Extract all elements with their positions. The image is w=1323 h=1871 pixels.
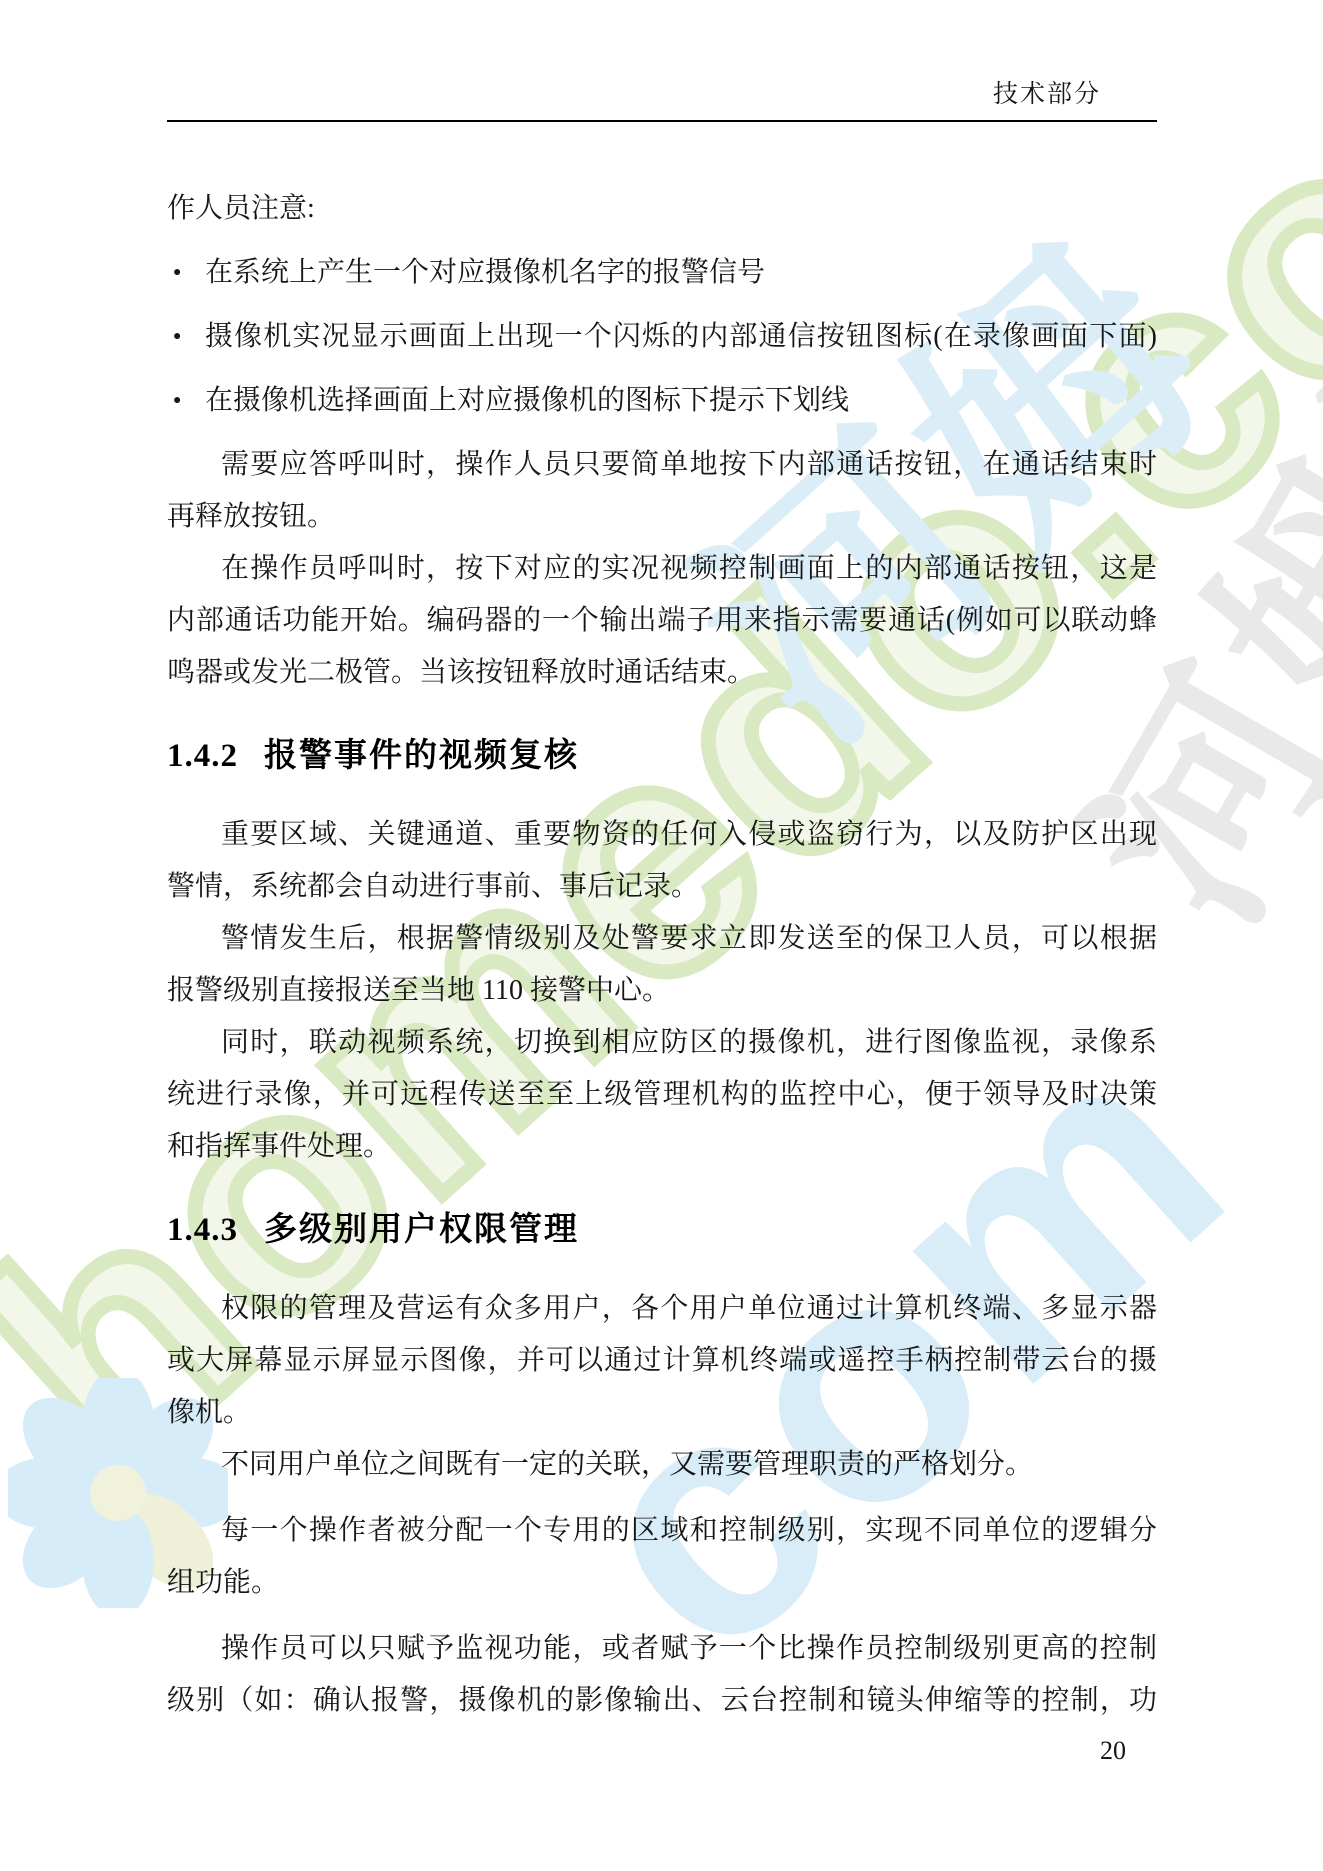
bullet-dot-icon: ●	[173, 375, 181, 427]
body-line: 权限的管理及营运有众多用户，各个用户单位通过计算机终端、多显示器	[167, 1283, 1157, 1335]
document-body: 作人员注意:●在系统上产生一个对应摄像机名字的报警信号●摄像机实况显示画面上出现…	[167, 183, 1157, 1727]
section-title: 多级别用户权限管理	[264, 1210, 579, 1247]
bullet-text: 在摄像机选择画面上对应摄像机的图标下提示下划线	[205, 385, 849, 416]
bullet-item: ●摄像机实况显示画面上出现一个闪烁的内部通信按钮图标(在录像画面下面)	[167, 311, 1157, 363]
section-number: 1.4.3	[167, 1212, 238, 1248]
body-line: 需要应答呼叫时，操作人员只要简单地按下内部通话按钮，在通话结束时	[167, 439, 1157, 491]
body-line: 不同用户单位之间既有一定的关联，又需要管理职责的严格划分。	[167, 1439, 1157, 1491]
body-line: 鸣器或发光二极管。当该按钮释放时通话结束。	[167, 647, 1157, 699]
body-line: 警情发生后，根据警情级别及处警要求立即发送至的保卫人员，可以根据	[167, 913, 1157, 965]
body-line: 再释放按钮。	[167, 491, 1157, 543]
section-number: 1.4.2	[167, 738, 238, 774]
body-line: 同时，联动视频系统，切换到相应防区的摄像机，进行图像监视，录像系	[167, 1017, 1157, 1069]
header-rule	[167, 120, 1157, 122]
header-section-label: 技术部分	[993, 74, 1101, 110]
body-line: 统进行录像，并可远程传送至至上级管理机构的监控中心，便于领导及时决策	[167, 1069, 1157, 1121]
bullet-dot-icon: ●	[173, 247, 181, 299]
body-line: 重要区域、关键通道、重要物资的任何入侵或盗窃行为，以及防护区出现	[167, 809, 1157, 861]
body-line: 警情，系统都会自动进行事前、事后记录。	[167, 861, 1157, 913]
body-line: 和指挥事件处理。	[167, 1121, 1157, 1173]
body-line: 像机。	[167, 1387, 1157, 1439]
bullet-dot-icon: ●	[173, 311, 181, 363]
bullet-text: 在系统上产生一个对应摄像机名字的报警信号	[205, 257, 765, 288]
bullet-item: ●在系统上产生一个对应摄像机名字的报警信号	[167, 247, 1157, 299]
section-heading: 1.4.2报警事件的视频复核	[167, 728, 1157, 783]
body-line: 操作员可以只赋予监视功能，或者赋予一个比操作员控制级别更高的控制	[167, 1623, 1157, 1675]
section-heading: 1.4.3多级别用户权限管理	[167, 1202, 1157, 1257]
body-line: 每一个操作者被分配一个专用的区域和控制级别，实现不同单位的逻辑分	[167, 1505, 1157, 1557]
body-line: 组功能。	[167, 1557, 1157, 1609]
bullet-item: ●在摄像机选择画面上对应摄像机的图标下提示下划线	[167, 375, 1157, 427]
page-number: 20	[1100, 1736, 1126, 1766]
body-line: 级别（如：确认报警，摄像机的影像输出、云台控制和镜头伸缩等的控制，功	[167, 1675, 1157, 1727]
body-line: 报警级别直接报送至当地 110 接警中心。	[167, 965, 1157, 1017]
body-line: 或大屏幕显示屏显示图像，并可以通过计算机终端或遥控手柄控制带云台的摄	[167, 1335, 1157, 1387]
bullet-text: 摄像机实况显示画面上出现一个闪烁的内部通信按钮图标(在录像画面下面)	[205, 321, 1157, 352]
body-line: 作人员注意:	[167, 183, 1157, 235]
document-page: homedo.com com 河姆 河姆渡 技术部分 作人员注意:●在系统上产生…	[0, 0, 1323, 1871]
section-title: 报警事件的视频复核	[264, 736, 579, 773]
body-line: 在操作员呼叫时，按下对应的实况视频控制画面上的内部通话按钮，这是	[167, 543, 1157, 595]
body-line: 内部通话功能开始。编码器的一个输出端子用来指示需要通话(例如可以联动蜂	[167, 595, 1157, 647]
